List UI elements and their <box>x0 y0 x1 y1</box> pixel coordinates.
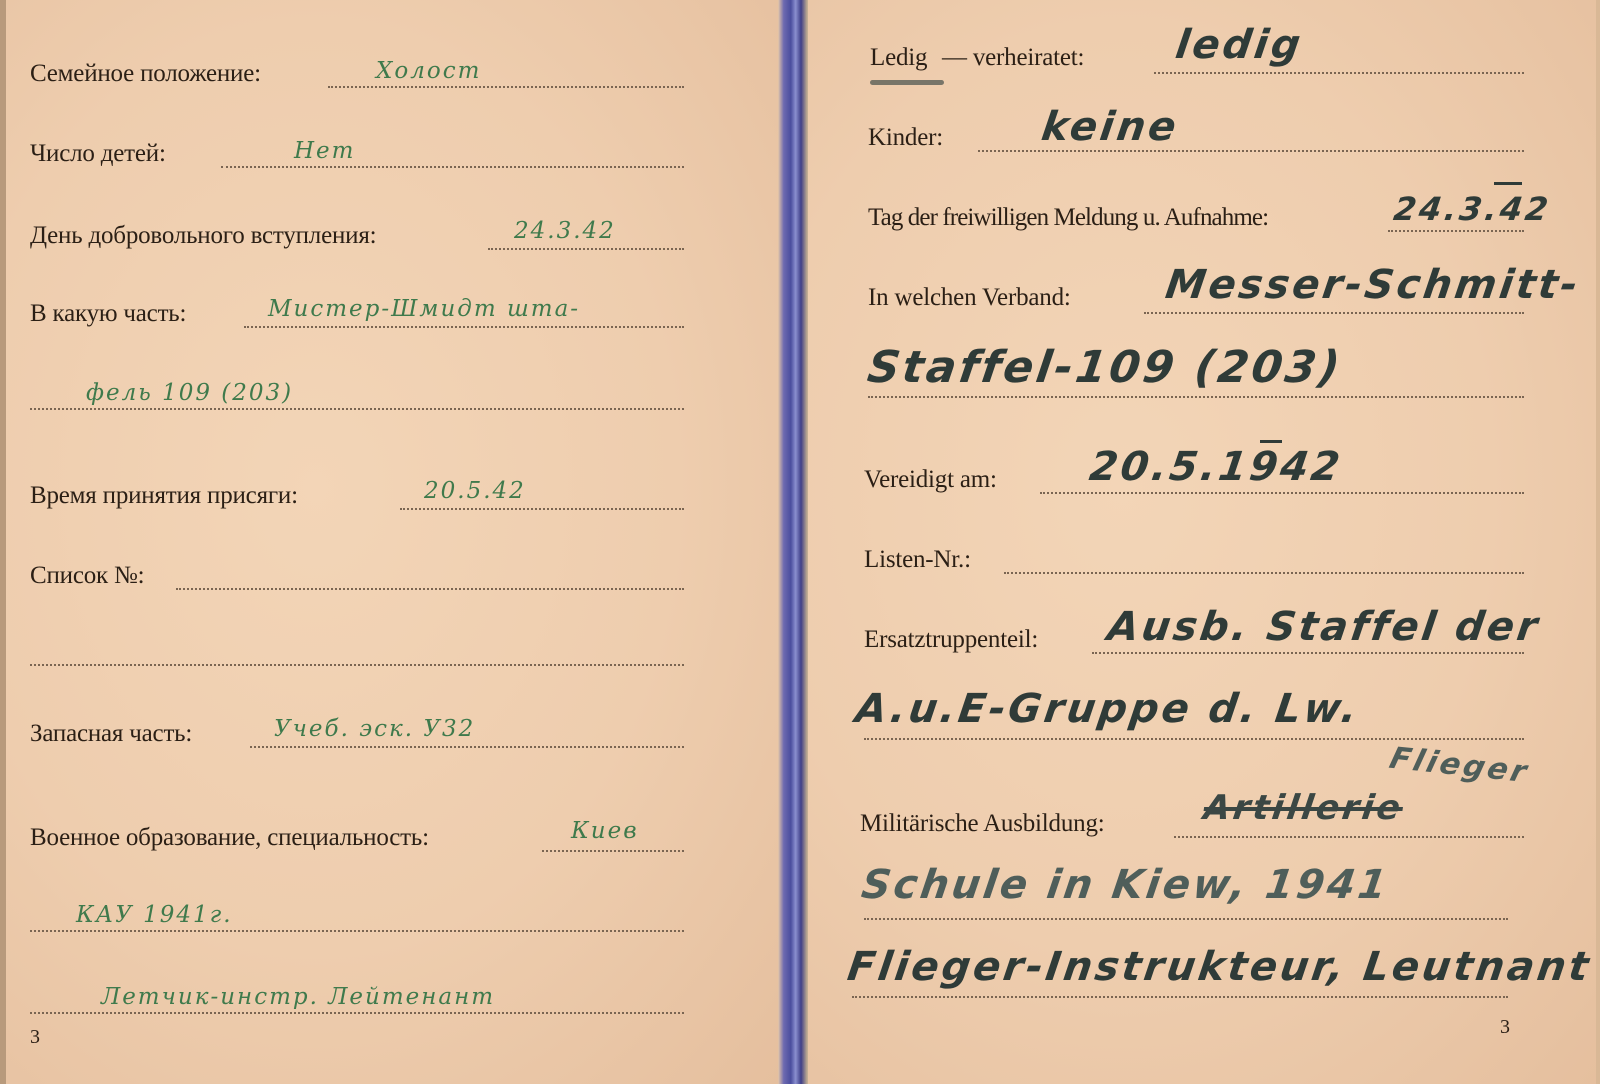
label-reserve-unit-de: Ersatztruppenteil: <box>864 626 1038 654</box>
dotted-line <box>30 1012 684 1014</box>
label-children-de: Kinder: <box>868 124 943 152</box>
value-reserve-unit-ru: Учеб. эск. У32 <box>274 716 475 742</box>
value-military-education-ru-cont2: Летчик-инстр. Лейтенант <box>101 984 495 1010</box>
dotted-line <box>30 664 684 666</box>
page-number-right: 3 <box>1500 1016 1510 1039</box>
label-single-underlined-de: Ledig <box>870 44 927 72</box>
right-page-german: Ledig — verheiratet: ledig Kinder: keine… <box>808 0 1600 1084</box>
label-oath-date-ru: Время принятия присяги: <box>30 482 298 510</box>
dotted-line <box>1174 836 1524 838</box>
value-marital-status-ru: Холост <box>376 58 481 84</box>
value-oath-date-de: 20.5.1942 <box>1087 444 1346 490</box>
label-marital-status-ru: Семейное положение: <box>30 60 261 88</box>
label-marital-status-de: — verheiratet: <box>942 44 1084 72</box>
value-unit-ru-cont: фель 109 (203) <box>86 380 293 406</box>
dotted-line <box>1092 652 1524 654</box>
dotted-line <box>542 850 684 852</box>
value-unit-ru: Мистер-Шмидт шта- <box>268 296 580 322</box>
dotted-line <box>176 588 684 590</box>
label-military-education-ru: Военное образование, специальность: <box>30 824 429 852</box>
dotted-line <box>1040 492 1524 494</box>
dotted-line <box>1004 572 1524 574</box>
page-number-left: 3 <box>30 1026 40 1049</box>
label-oath-date-de: Vereidigt am: <box>864 466 997 494</box>
book-binding-spine <box>778 0 810 1084</box>
dotted-line <box>1144 312 1524 314</box>
label-enlistment-date-de: Tag der freiwilligen Meldung u. Aufnahme… <box>868 204 1268 232</box>
value-military-education-struck-de: Artillerie <box>1201 788 1405 828</box>
dotted-line <box>978 150 1524 152</box>
pen-underline-mark <box>870 80 944 85</box>
value-reserve-unit-de: Ausb. Staffel der <box>1105 604 1543 650</box>
value-military-education-ru: Киев <box>571 818 639 844</box>
ink-overbar <box>1494 182 1522 185</box>
value-unit-de-cont: Staffel-109 (203) <box>864 342 1345 393</box>
value-unit-de: Messer-Schmitt- <box>1163 262 1584 308</box>
dotted-line <box>1154 72 1524 74</box>
value-military-education-ru-cont: КАУ 1941г. <box>76 902 233 928</box>
label-reserve-unit-ru: Запасная часть: <box>30 720 192 748</box>
dotted-line <box>221 166 684 168</box>
dotted-line <box>864 738 1524 740</box>
label-enlistment-date-ru: День добровольного вступления: <box>30 222 376 250</box>
value-enlistment-date-de: 24.3.42 <box>1391 190 1553 228</box>
left-page-russian: Семейное положение: Холост Число детей: … <box>0 0 780 1084</box>
dotted-line <box>328 86 684 88</box>
dotted-line <box>30 930 684 932</box>
value-children-de: keine <box>1039 104 1182 150</box>
dotted-line <box>488 248 684 250</box>
dotted-line <box>1388 230 1524 232</box>
value-enlistment-date-ru: 24.3.42 <box>514 218 616 244</box>
label-list-no-ru: Список №: <box>30 562 144 590</box>
dotted-line <box>852 996 1508 998</box>
value-children-ru: Нет <box>294 138 355 164</box>
value-oath-date-ru: 20.5.42 <box>424 478 526 504</box>
label-unit-ru: В какую часть: <box>30 300 186 328</box>
value-military-education-inserted-de: Flieger <box>1386 741 1533 790</box>
value-military-education-de-cont2: Flieger-Instrukteur, Leutnant <box>845 944 1595 990</box>
dotted-line <box>244 326 684 328</box>
label-military-education-de: Militärische Ausbildung: <box>860 810 1105 838</box>
dotted-line <box>250 746 684 748</box>
label-unit-de: In welchen Verband: <box>868 284 1071 312</box>
label-list-no-de: Listen-Nr.: <box>864 546 971 574</box>
value-reserve-unit-de-cont: A.u.E-Gruppe d. Lw. <box>853 686 1363 732</box>
dotted-line <box>864 918 1508 920</box>
dotted-line <box>868 396 1524 398</box>
value-marital-status-de: ledig <box>1173 22 1306 68</box>
dotted-line <box>30 408 684 410</box>
ink-overbar <box>1260 440 1282 443</box>
label-children-ru: Число детей: <box>30 140 166 168</box>
value-military-education-de-cont: Schule in Kiew, 1941 <box>859 862 1392 908</box>
dotted-line <box>400 508 684 510</box>
